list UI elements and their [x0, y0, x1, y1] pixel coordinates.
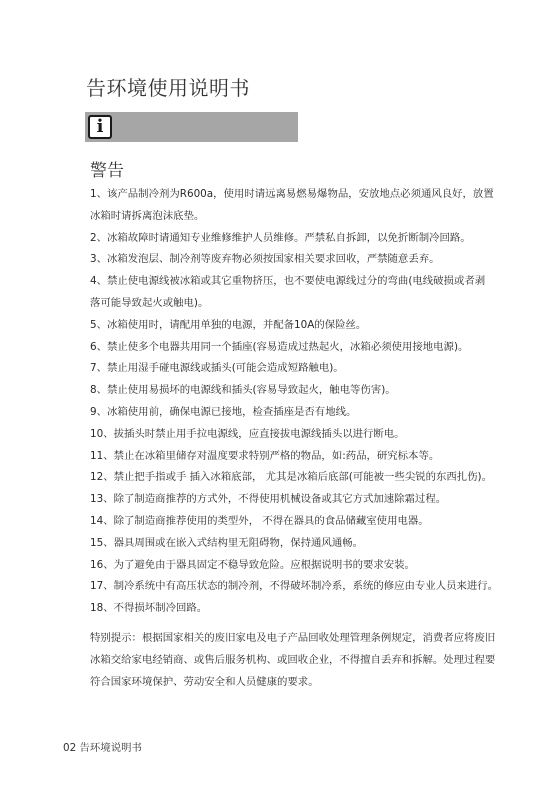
warning-item: 18、不得损坏制冷回路。: [90, 598, 535, 620]
warning-item: 6、禁止使多个电器共用同一个插座(容易造成过热起火，冰箱必须使用接地电源)。: [90, 337, 535, 359]
warning-item: 4、禁止使电源线被冰箱或其它重物挤压，也不要使电源线过分的弯曲(电线破损或者剥落…: [90, 271, 490, 315]
warning-item: 11、禁止在冰箱里储存对温度要求特别严格的物品，如:药品，研究标本等。: [90, 446, 535, 468]
warning-item: 7、禁止用湿手碰电源线或插头(可能会造成短路触电)。: [90, 358, 535, 380]
warning-item: 3、冰箱发泡层、制冷剂等废弃物必须按国家相关要求回收，严禁随意丢弃。: [90, 249, 535, 271]
info-icon: i: [88, 115, 112, 139]
warning-item: 16、为了避免由于器具固定不稳导致危险。应根据说明书的要求安装。: [90, 555, 535, 577]
info-banner: i: [85, 112, 298, 142]
page-title: 告环境使用说明书: [86, 74, 250, 102]
warning-item: 1、该产品制冷剂为R600a，使用时请远离易燃易爆物品，安放地点必须通风良好，放…: [90, 184, 500, 228]
warning-item: 13、除了制造商推荐的方式外，不得使用机械设备或其它方式加速除霜过程。: [90, 489, 535, 511]
warning-item: 2、冰箱故障时请通知专业维修维护人员维修。严禁私自拆卸，以免折断制冷回路。: [90, 228, 535, 250]
warning-item: 12、禁止把手指或手 插入冰箱底部， 尤其是冰箱后底部(可能被一些尖锐的东西扎伤…: [90, 467, 535, 489]
warning-item: 15、器具周围或在嵌入式结构里无阻碍物，保持通风通畅。: [90, 533, 535, 555]
warning-item: 10、拔插头时禁止用手拉电源线，应直接拔电源线插头以进行断电。: [90, 424, 535, 446]
warning-item: 8、禁止使用易损坏的电源线和插头(容易导致起火，触电等伤害)。: [90, 380, 535, 402]
warning-item: 17、制冷系统中有高压状态的制冷剂，不得破坏制冷系，系统的修应由专业人员来进行。: [90, 576, 535, 598]
section-heading-warning: 警告: [90, 160, 124, 182]
warning-item: 5、冰箱使用时，请配用单独的电源，并配备10A的保险丝。: [90, 315, 535, 337]
warning-item: 14、除了制造商推荐使用的类型外， 不得在器具的食品储藏室使用电器。: [90, 511, 535, 533]
warning-list: 1、该产品制冷剂为R600a，使用时请远离易燃易爆物品，安放地点必须通风良好，放…: [90, 184, 530, 620]
warning-item: 9、冰箱使用前，确保电源已接地，检查插座是否有地线。: [90, 402, 535, 424]
page-footer: 02 告环境说明书: [63, 740, 142, 756]
special-notice: 特别提示：根据国家相关的废旧家电及电子产品回收处理管理条例规定，消费者应将废旧冰…: [90, 627, 500, 693]
